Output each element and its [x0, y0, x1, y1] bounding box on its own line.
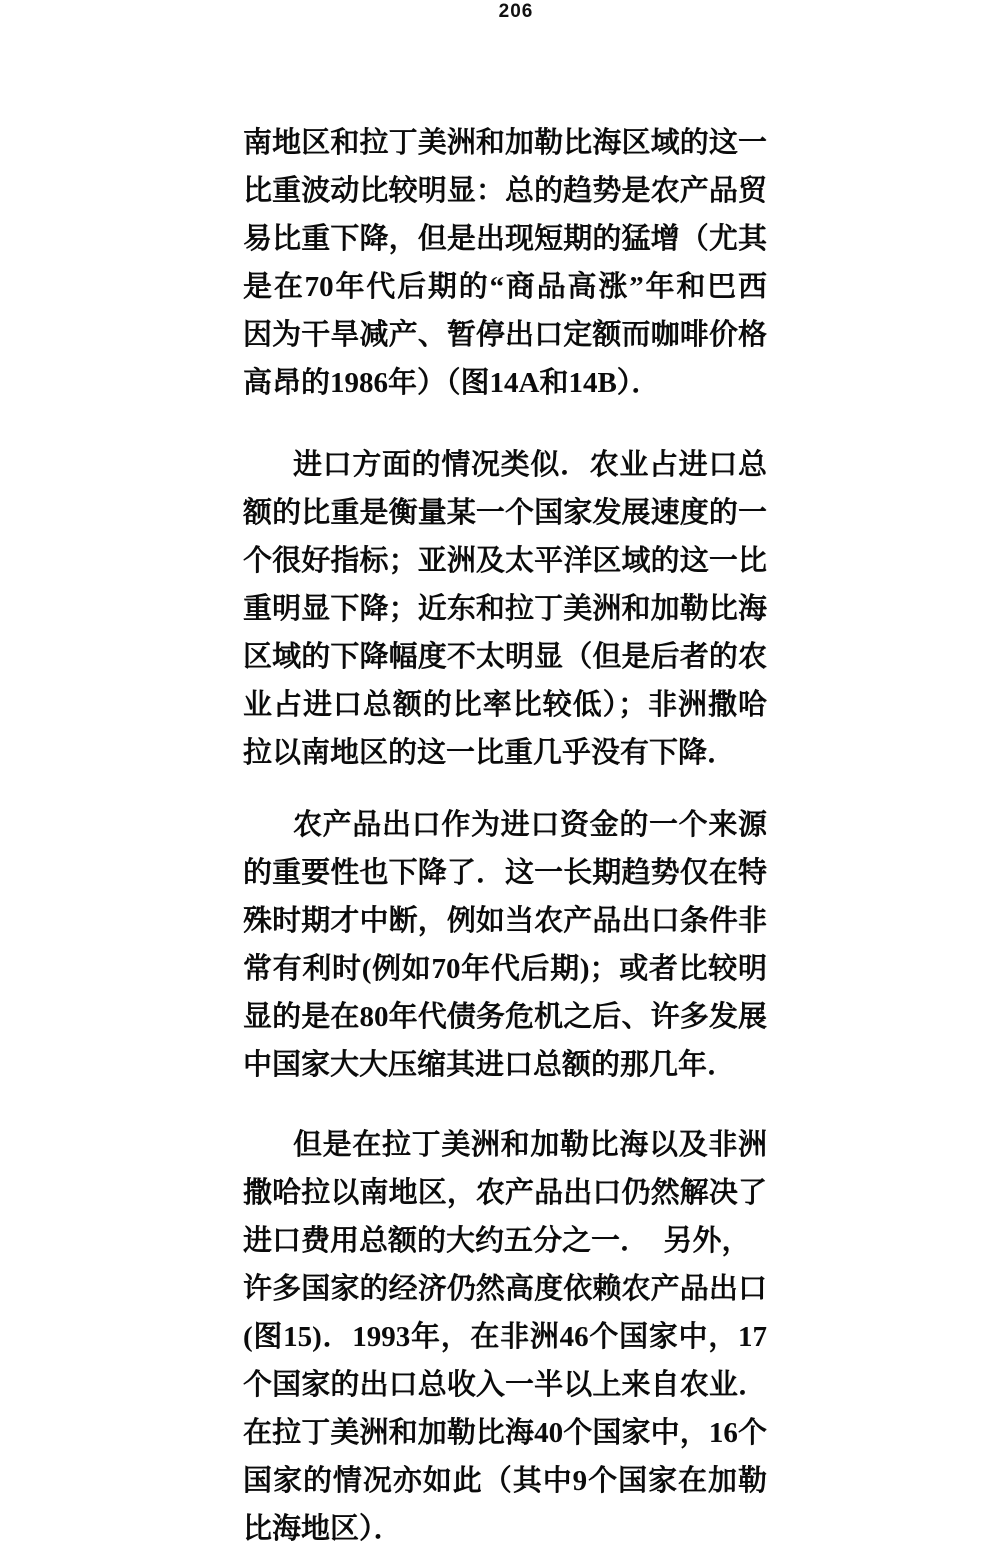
- paragraph-4: 但是在拉丁美洲和加勒比海以及非洲 撒哈拉以南地区，农产品出口仍然解决了 进口费用…: [243, 1121, 767, 1550]
- text-line: 显的是在80年代债务危机之后、许多发展: [243, 993, 767, 1041]
- paragraph-1: 南地区和拉丁美洲和加勒比海区域的这一 比重波动比较明显：总的趋势是农产品贸 易比…: [243, 119, 767, 407]
- text-line: 进口方面的情况类似．农业占进口总: [243, 441, 767, 489]
- text-line: 许多国家的经济仍然高度依赖农产品出口: [243, 1265, 767, 1313]
- text-line: 中国家大大压缩其进口总额的那几年．: [243, 1041, 767, 1089]
- text-line: 殊时期才中断，例如当农产品出口条件非: [243, 897, 767, 945]
- text-line: 个很好指标；亚洲及太平洋区域的这一比: [243, 537, 767, 585]
- text-line: 额的比重是衡量某一个国家发展速度的一: [243, 489, 767, 537]
- text-line: 比重波动比较明显：总的趋势是农产品贸: [243, 167, 767, 215]
- text-line: 农产品出口作为进口资金的一个来源: [243, 801, 767, 849]
- text-line: 进口费用总额的大约五分之一． 另外，: [243, 1217, 767, 1265]
- text-line: 在拉丁美洲和加勒比海40个国家中，16个: [243, 1409, 767, 1457]
- paragraph-2: 进口方面的情况类似．农业占进口总 额的比重是衡量某一个国家发展速度的一 个很好指…: [243, 441, 767, 777]
- paragraph-3: 农产品出口作为进口资金的一个来源 的重要性也下降了．这一长期趋势仅在特 殊时期才…: [243, 801, 767, 1089]
- text-line: 拉以南地区的这一比重几乎没有下降．: [243, 729, 767, 777]
- text-line: 是在70年代后期的“商品高涨”年和巴西: [243, 263, 767, 311]
- text-line: 区域的下降幅度不太明显（但是后者的农: [243, 633, 767, 681]
- text-line: 的重要性也下降了．这一长期趋势仅在特: [243, 849, 767, 897]
- text-line: 高昂的1986年）（图14A和14B）．: [243, 359, 767, 407]
- text-line: 因为干旱减产、暂停出口定额而咖啡价格: [243, 311, 767, 359]
- text-line: 撒哈拉以南地区，农产品出口仍然解决了: [243, 1169, 767, 1217]
- text-line: 但是在拉丁美洲和加勒比海以及非洲: [243, 1121, 767, 1169]
- text-line: 易比重下降，但是出现短期的猛增（尤其: [243, 215, 767, 263]
- text-line: 常有利时(例如70年代后期)；或者比较明: [243, 945, 767, 993]
- text-block: 南地区和拉丁美洲和加勒比海区域的这一 比重波动比较明显：总的趋势是农产品贸 易比…: [243, 119, 767, 1550]
- text-line: 比海地区）．: [243, 1505, 767, 1550]
- text-line: 南地区和拉丁美洲和加勒比海区域的这一: [243, 119, 767, 167]
- text-line: (图15)．1993年，在非洲46个国家中，17: [243, 1313, 767, 1361]
- text-line: 重明显下降；近东和拉丁美洲和加勒比海: [243, 585, 767, 633]
- text-line: 国家的情况亦如此（其中9个国家在加勒: [243, 1457, 767, 1505]
- page-number: 206: [0, 1, 1000, 23]
- text-line: 个国家的出口总收入一半以上来自农业．: [243, 1361, 767, 1409]
- text-line: 业占进口总额的比率比较低）；非洲撒哈: [243, 681, 767, 729]
